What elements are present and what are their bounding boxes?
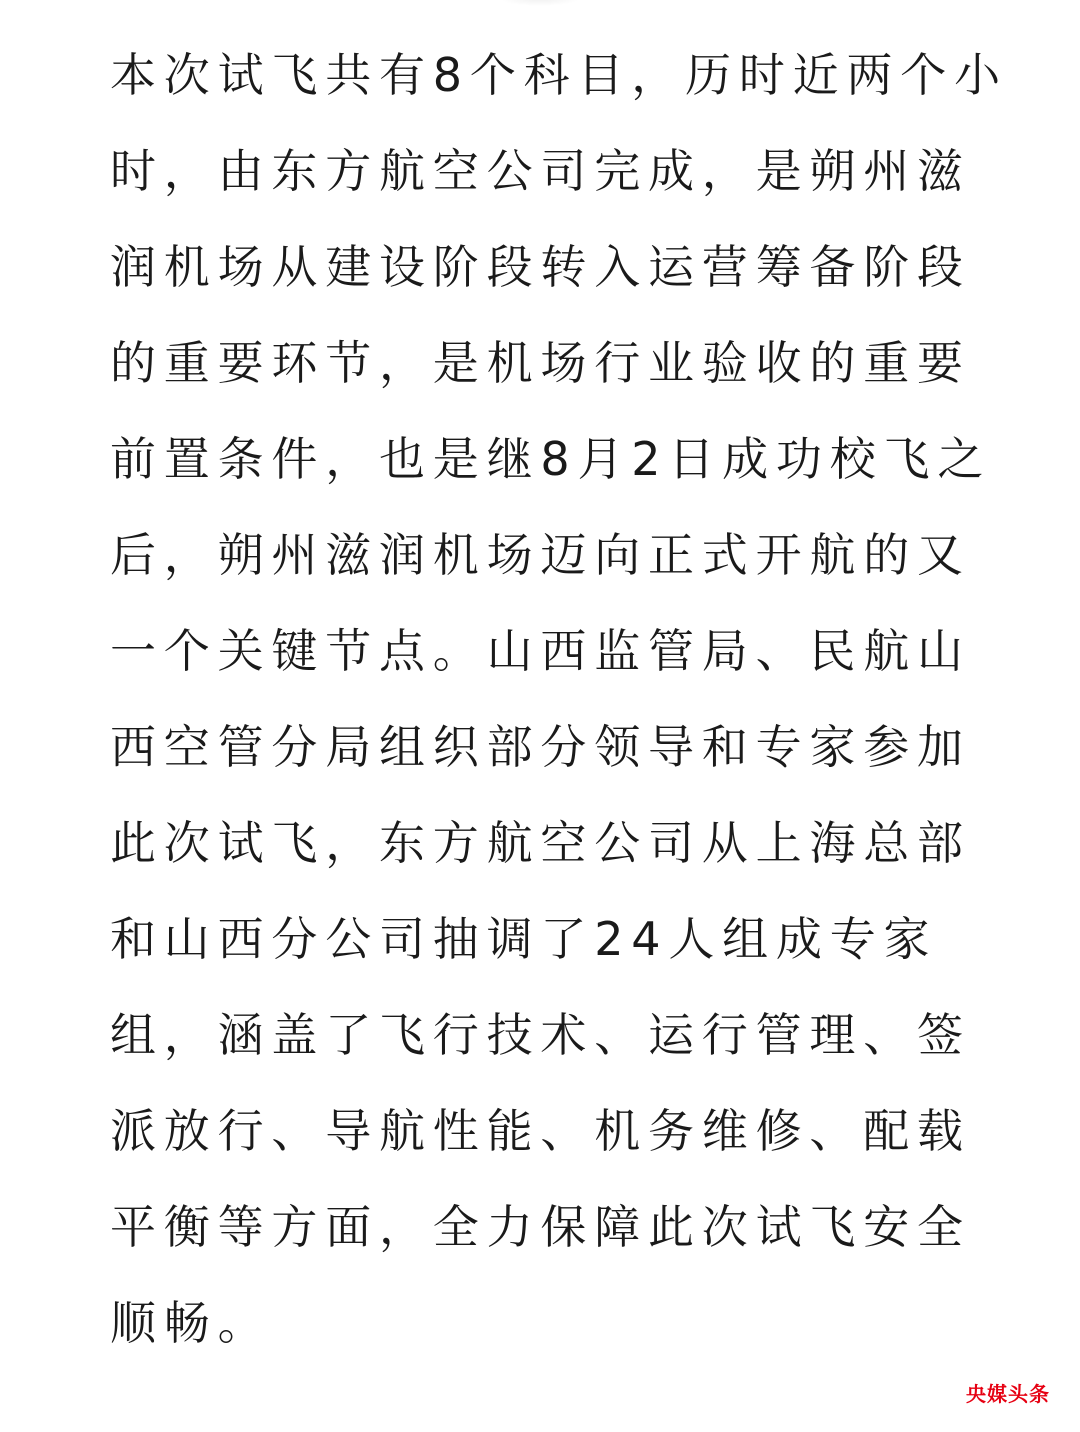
paragraph-line: 西空管分局组织部分领导和专家参加 [110, 699, 990, 795]
top-edge-shadow [500, 0, 580, 6]
paragraph-line: 润机场从建设阶段转入运营筹备阶段 [110, 219, 990, 315]
paragraph-line: 一个关键节点。山西监管局、民航山 [110, 603, 990, 699]
source-watermark: 央媒头条 [966, 1378, 1050, 1407]
paragraph-line: 时，由东方航空公司完成，是朔州滋 [110, 123, 990, 219]
paragraph-line: 顺畅。 [110, 1275, 990, 1371]
paragraph-line: 此次试飞，东方航空公司从上海总部 [110, 795, 990, 891]
paragraph-line: 前置条件，也是继8月2日成功校飞之 [110, 411, 990, 507]
paragraph-line: 派放行、导航性能、机务维修、配载 [110, 1083, 990, 1179]
paragraph-line: 本次试飞共有8个科目，历时近两个小 [110, 27, 990, 123]
paragraph-line: 平衡等方面，全力保障此次试飞安全 [110, 1179, 990, 1275]
paragraph-line: 后，朔州滋润机场迈向正式开航的又 [110, 507, 990, 603]
paragraph-line: 的重要环节，是机场行业验收的重要 [110, 315, 990, 411]
paragraph-line: 组，涵盖了飞行技术、运行管理、签 [110, 987, 990, 1083]
paragraph-line: 和山西分公司抽调了24人组成专家 [110, 891, 990, 987]
article-body: 本次试飞共有8个科目，历时近两个小 时，由东方航空公司完成，是朔州滋 润机场从建… [110, 27, 990, 1371]
